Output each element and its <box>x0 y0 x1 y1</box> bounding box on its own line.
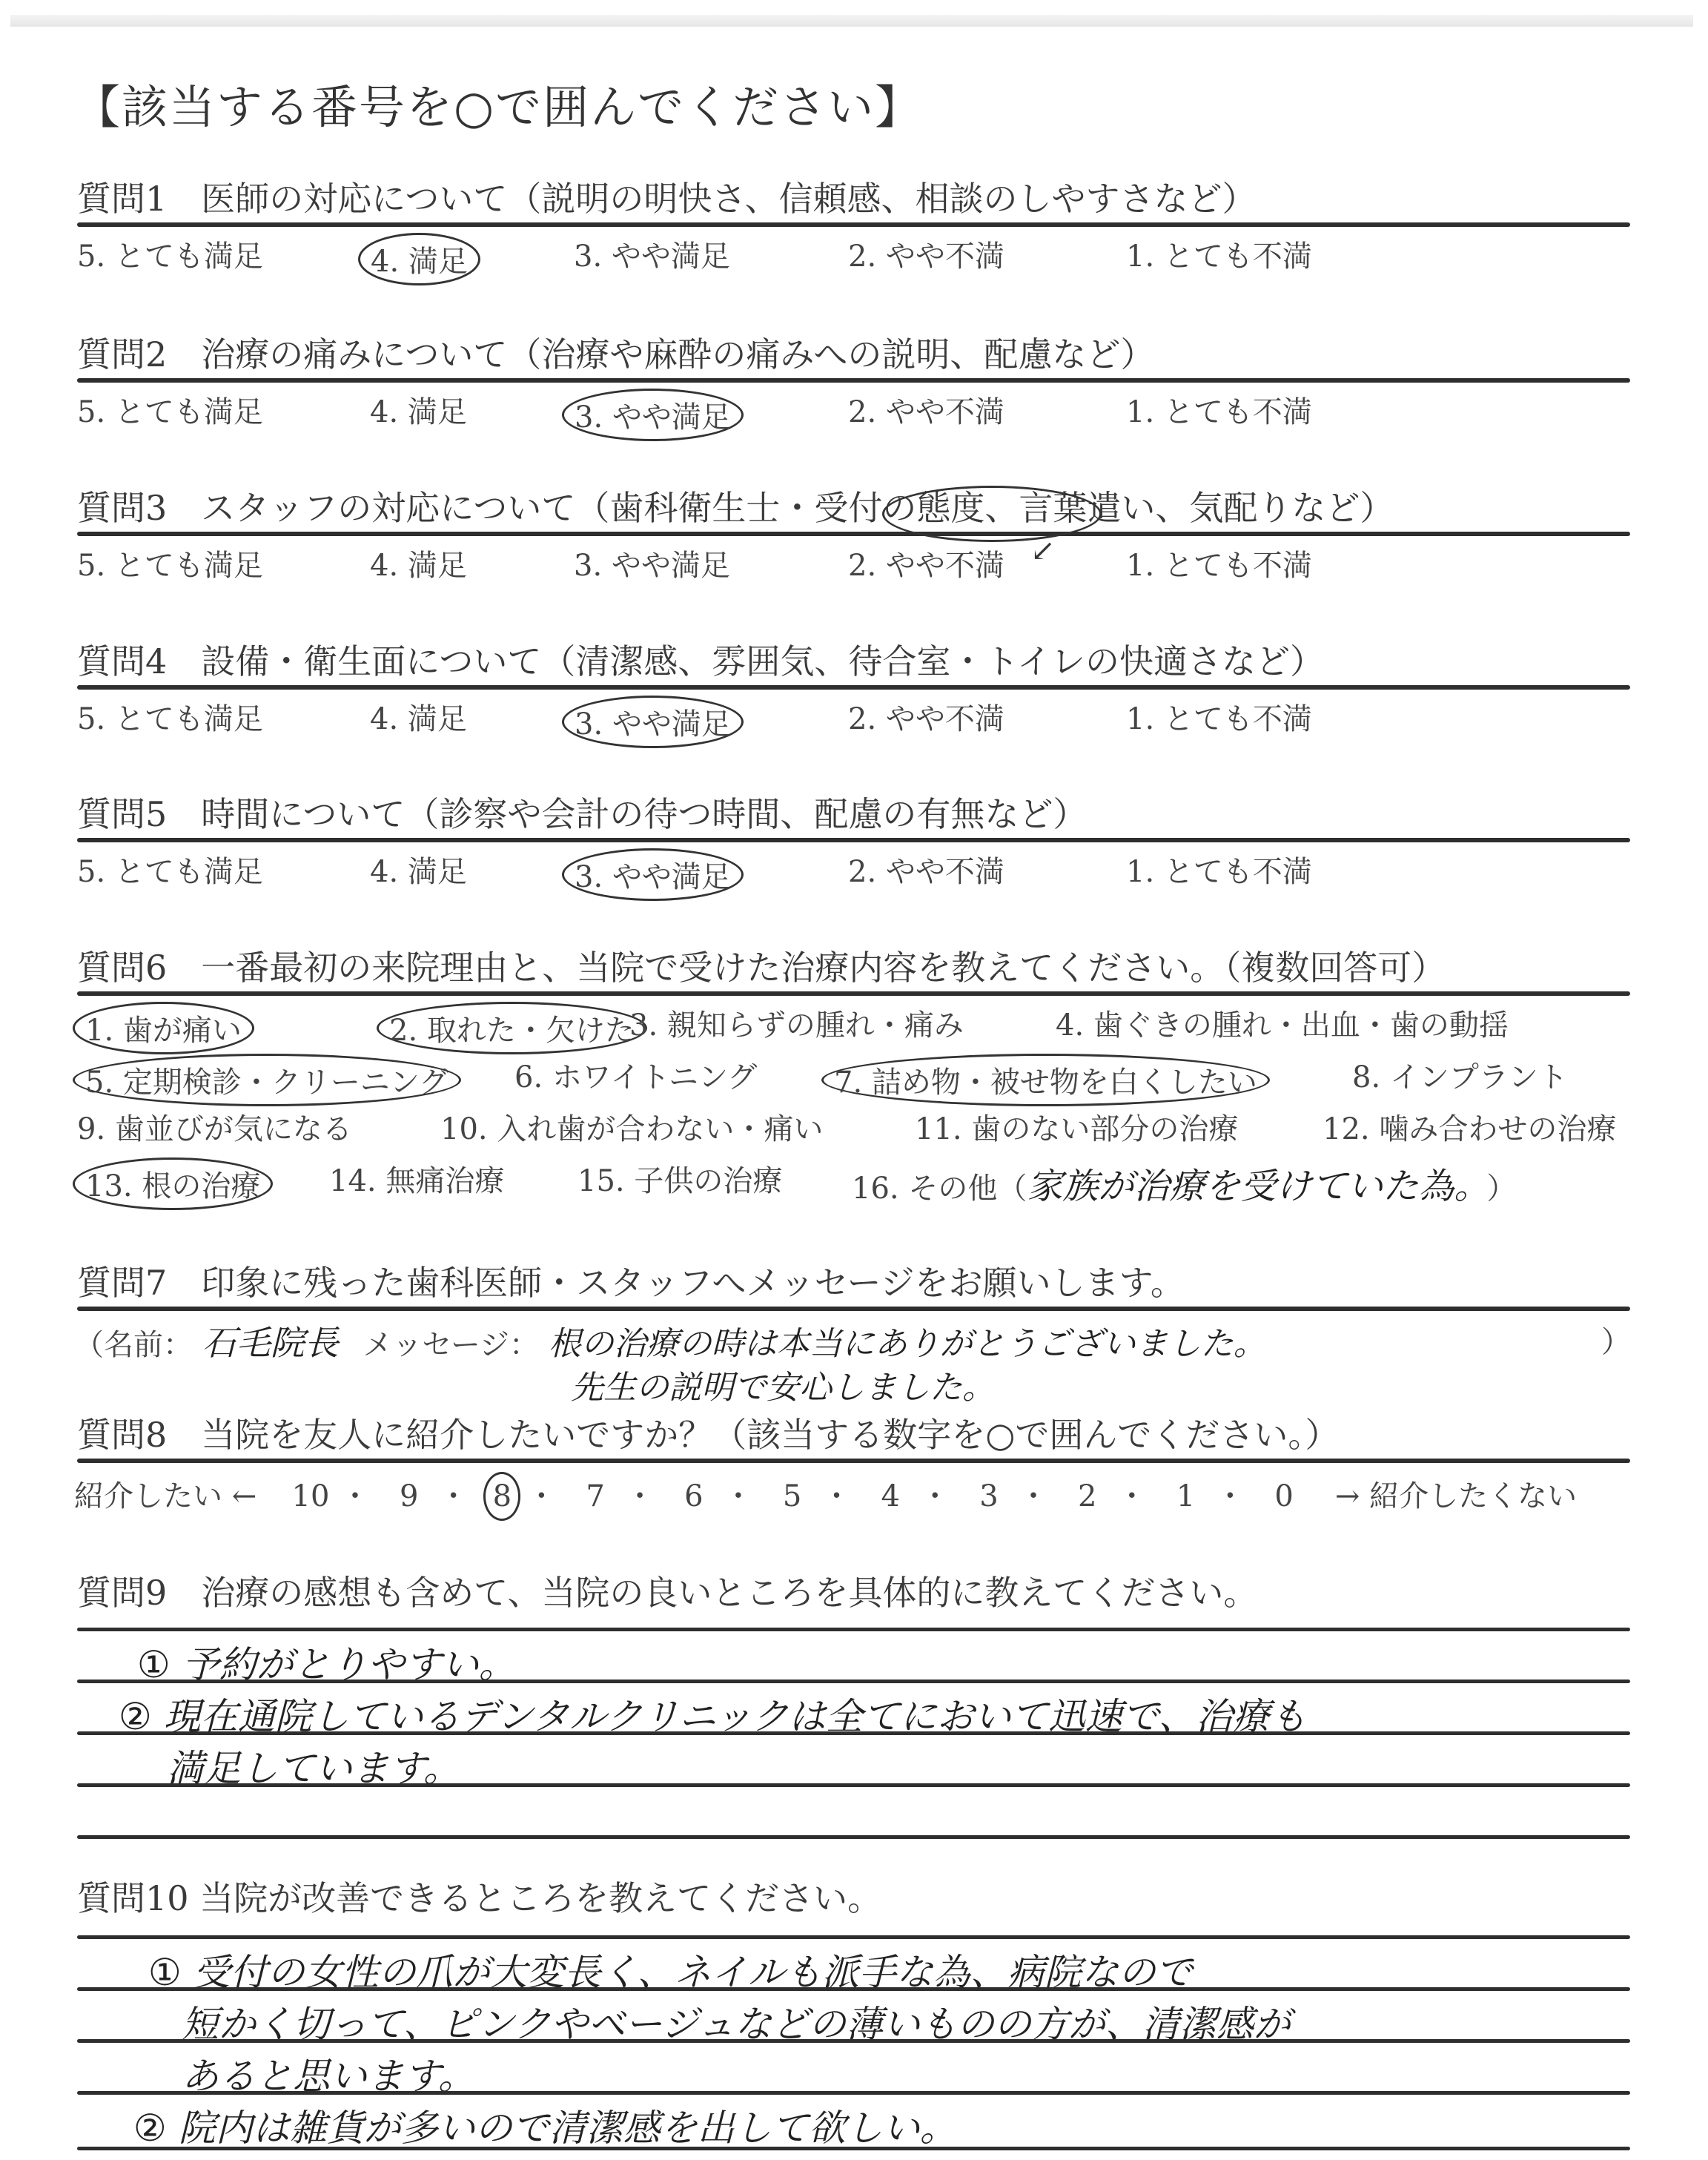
scale-0[interactable]: 0 <box>1260 1479 1308 1513</box>
option-4-selected[interactable]: 4. 満足 <box>358 233 480 285</box>
answer-line <box>77 1987 1630 1991</box>
answer-line <box>77 1783 1630 1787</box>
treatment-item-1-selected[interactable]: 1. 歯が痛い <box>73 1002 254 1054</box>
other-label: 16. その他（ <box>852 1172 1027 1206</box>
treatment-item-2-selected[interactable]: 2. 取れた・欠けた <box>377 1002 647 1054</box>
separator: ・ <box>334 1473 376 1515</box>
answer-line <box>77 1935 1630 1939</box>
answer-line <box>77 1628 1630 1631</box>
other-answer-handwritten[interactable]: 家族が治療を受けていた為。 <box>1027 1166 1472 1207</box>
name-label: （名前： <box>74 1328 193 1362</box>
separator: ・ <box>619 1473 661 1515</box>
answer-line <box>77 2091 1630 2095</box>
scale-10[interactable]: 10 <box>287 1479 334 1513</box>
treatment-item-5-selected[interactable]: 5. 定期検診・クリーニング <box>73 1054 461 1106</box>
scale-6[interactable]: 6 <box>670 1479 718 1513</box>
treatment-item-3[interactable]: 3. 親知らずの腫れ・痛み <box>629 1002 964 1044</box>
option-5[interactable]: 5. とても満足 <box>77 696 263 738</box>
answer-line <box>77 1731 1630 1735</box>
question-7: 質問7 印象に残った歯科医師・スタッフへメッセージをお願いします。 <box>77 1261 1634 1311</box>
option-3-selected[interactable]: 3. やや満足 <box>562 389 744 441</box>
message-line-1-handwritten[interactable]: 根の治療の時は本当にありがとうございました。 <box>549 1325 1266 1363</box>
question-title: 質問2 治療の痛みについて（治療や麻酔の痛みへの説明、配慮など） <box>77 332 1634 377</box>
option-1[interactable]: 1. とても不満 <box>1126 696 1312 738</box>
option-1[interactable]: 1. とても不満 <box>1126 848 1312 891</box>
question-title: 質問5 時間について（診察や会計の待つ時間、配慮の有無など） <box>77 792 1634 836</box>
question-title: 質問3 スタッフの対応について（歯科衛生士・受付の態度、言葉遣い、気配りなど） <box>77 486 1634 530</box>
scale-8-selected[interactable]: 8 <box>483 1472 520 1521</box>
separator: ・ <box>914 1473 956 1515</box>
question-2: 質問2 治療の痛みについて（治療や麻酔の痛みへの説明、配慮など） 5. とても満… <box>77 332 1634 435</box>
separator: ・ <box>1013 1473 1054 1515</box>
option-3-selected[interactable]: 3. やや満足 <box>562 848 744 901</box>
option-3-selected[interactable]: 3. やや満足 <box>562 696 744 748</box>
page-title: 【該当する番号を○で囲んでください】 <box>74 70 922 136</box>
recommendation-scale: 紹介したい ← 10・ 9・ 8・ 7・ 6・ 5・ 4・ 3・ 2・ 1・ 0… <box>74 1472 1577 1521</box>
separator: ・ <box>433 1473 474 1515</box>
scale-5[interactable]: 5 <box>769 1479 816 1513</box>
scale-7[interactable]: 7 <box>572 1479 619 1513</box>
treatment-item-8[interactable]: 8. インプラント <box>1352 1054 1568 1096</box>
divider <box>77 1307 1630 1311</box>
arrow-icon: ↙ <box>1030 534 1056 568</box>
option-5[interactable]: 5. とても満足 <box>77 848 263 891</box>
question-3: 質問3 スタッフの対応について（歯科衛生士・受付の態度、言葉遣い、気配りなど） … <box>77 486 1634 588</box>
question-title: 質問6 一番最初の来院理由と、当院で受けた治療内容を教えてください。（複数回答可… <box>77 945 1634 990</box>
option-4[interactable]: 4. 満足 <box>370 389 467 431</box>
treatment-item-14[interactable]: 14. 無痛治療 <box>329 1157 504 1200</box>
option-1[interactable]: 1. とても不満 <box>1126 389 1312 431</box>
option-5[interactable]: 5. とても満足 <box>77 542 263 584</box>
improvement-line-4[interactable]: ② 院内は雑貨が多いので清潔感を出して欲しい。 <box>133 2098 957 2152</box>
separator: ・ <box>816 1473 858 1515</box>
option-2-selected[interactable]: 2. やや不満 <box>848 542 1004 584</box>
separator: ・ <box>1209 1473 1251 1515</box>
question-4: 質問4 設備・衛生面について（清潔感、雰囲気、待合室・トイレの快適さなど） 5.… <box>77 639 1634 742</box>
treatment-checklist: 1. 歯が痛い 2. 取れた・欠けた 3. 親知らずの腫れ・痛み 4. 歯ぐきの… <box>77 996 1634 1218</box>
question-5: 質問5 時間について（診察や会計の待つ時間、配慮の有無など） 5. とても満足 … <box>77 792 1634 894</box>
question-9: 質問9 治療の感想も含めて、当院の良いところを具体的に教えてください。 <box>77 1571 1634 1615</box>
rating-options: 5. とても満足 4. 満足 3. やや満足 2. やや不満 1. とても不満 <box>77 842 1634 894</box>
scale-9[interactable]: 9 <box>385 1479 433 1513</box>
treatment-item-15[interactable]: 15. 子供の治療 <box>577 1157 782 1200</box>
rating-options: 5. とても満足 4. 満足 3. やや満足 2. やや不満 1. とても不満 <box>77 536 1634 588</box>
scan-edge <box>10 15 1693 27</box>
option-4[interactable]: 4. 満足 <box>370 542 467 584</box>
question-title: 質問8 当院を友人に紹介したいですか？（該当する数字を○で囲んでください。） <box>77 1413 1634 1457</box>
treatment-item-7-selected[interactable]: 7. 詰め物・被せ物を白くしたい <box>821 1054 1270 1106</box>
rating-options: 5. とても満足 4. 満足 3. やや満足 2. やや不満 1. とても不満 <box>77 383 1634 435</box>
question-title: 質問1 医師の対応について（説明の明快さ、信頼感、相談のしやすさなど） <box>77 176 1634 221</box>
option-4[interactable]: 4. 満足 <box>370 848 467 891</box>
scale-right-label: → 紹介したくない <box>1335 1473 1577 1515</box>
option-2[interactable]: 2. やや不満 <box>848 848 1004 891</box>
scale-3[interactable]: 3 <box>965 1479 1013 1513</box>
divider <box>77 1459 1630 1463</box>
question-title: 質問9 治療の感想も含めて、当院の良いところを具体的に教えてください。 <box>77 1571 1634 1615</box>
answer-line <box>77 2147 1630 2150</box>
message-line-2-handwritten[interactable]: 先生の説明で安心しました。 <box>571 1361 995 1408</box>
answer-line <box>77 1680 1630 1683</box>
option-5[interactable]: 5. とても満足 <box>77 389 263 431</box>
treatment-item-13-selected[interactable]: 13. 根の治療 <box>73 1157 273 1210</box>
scale-1[interactable]: 1 <box>1162 1479 1209 1513</box>
rating-options: 5. とても満足 4. 満足 3. やや満足 2. やや不満 1. とても不満 <box>77 227 1634 279</box>
other-close: ） <box>1486 1172 1516 1206</box>
question-10: 質問10 当院が改善できるところを教えてください。 <box>77 1876 1634 1920</box>
treatment-item-4[interactable]: 4. 歯ぐきの腫れ・出血・歯の動揺 <box>1056 1002 1509 1044</box>
option-2[interactable]: 2. やや不満 <box>848 696 1004 738</box>
question-6: 質問6 一番最初の来院理由と、当院で受けた治療内容を教えてください。（複数回答可… <box>77 945 1634 1218</box>
option-3[interactable]: 3. やや満足 <box>574 542 730 584</box>
option-4[interactable]: 4. 満足 <box>370 696 467 738</box>
scale-4[interactable]: 4 <box>867 1479 914 1513</box>
name-value-handwritten[interactable]: 石毛院長 <box>202 1323 339 1363</box>
message-close: ） <box>1601 1318 1631 1361</box>
treatment-item-10[interactable]: 10. 入れ歯が合わない・痛い <box>440 1106 823 1148</box>
treatment-item-12[interactable]: 12. 噛み合わせの治療 <box>1323 1106 1616 1148</box>
question-title: 質問10 当院が改善できるところを教えてください。 <box>77 1876 1634 1920</box>
option-3[interactable]: 3. やや満足 <box>574 233 730 275</box>
answer-line <box>77 1835 1630 1839</box>
separator: ・ <box>1111 1473 1153 1515</box>
treatment-item-6[interactable]: 6. ホワイトニング <box>514 1054 757 1096</box>
annotation-circle-reception <box>882 486 1102 542</box>
separator: ・ <box>520 1473 562 1515</box>
rating-options: 5. とても満足 4. 満足 3. やや満足 2. やや不満 1. とても不満 <box>77 690 1634 742</box>
answer-line <box>77 2039 1630 2043</box>
scale-2[interactable]: 2 <box>1064 1479 1111 1513</box>
scale-left-label: 紹介したい ← <box>74 1473 256 1515</box>
treatment-item-9[interactable]: 9. 歯並びが気になる <box>77 1106 352 1148</box>
option-5[interactable]: 5. とても満足 <box>77 233 263 275</box>
separator: ・ <box>718 1473 759 1515</box>
question-1: 質問1 医師の対応について（説明の明快さ、信頼感、相談のしやすさなど） 5. と… <box>77 176 1634 279</box>
option-1[interactable]: 1. とても不満 <box>1126 542 1312 584</box>
option-2[interactable]: 2. やや不満 <box>848 389 1004 431</box>
treatment-item-11[interactable]: 11. 歯のない部分の治療 <box>915 1106 1238 1148</box>
q7-message-row: （名前： 石毛院長 メッセージ： 根の治療の時は本当にありがとうございました。 <box>74 1316 1266 1365</box>
question-title: 質問4 設備・衛生面について（清潔感、雰囲気、待合室・トイレの快適さなど） <box>77 639 1634 684</box>
option-2[interactable]: 2. やや不満 <box>848 233 1004 275</box>
message-label: メッセージ： <box>363 1328 539 1362</box>
treatment-item-16-other[interactable]: 16. その他（家族が治療を受けていた為。） <box>852 1157 1516 1209</box>
question-8: 質問8 当院を友人に紹介したいですか？（該当する数字を○で囲んでください。） <box>77 1413 1634 1463</box>
question-title: 質問7 印象に残った歯科医師・スタッフへメッセージをお願いします。 <box>77 1261 1634 1305</box>
option-1[interactable]: 1. とても不満 <box>1126 233 1312 275</box>
